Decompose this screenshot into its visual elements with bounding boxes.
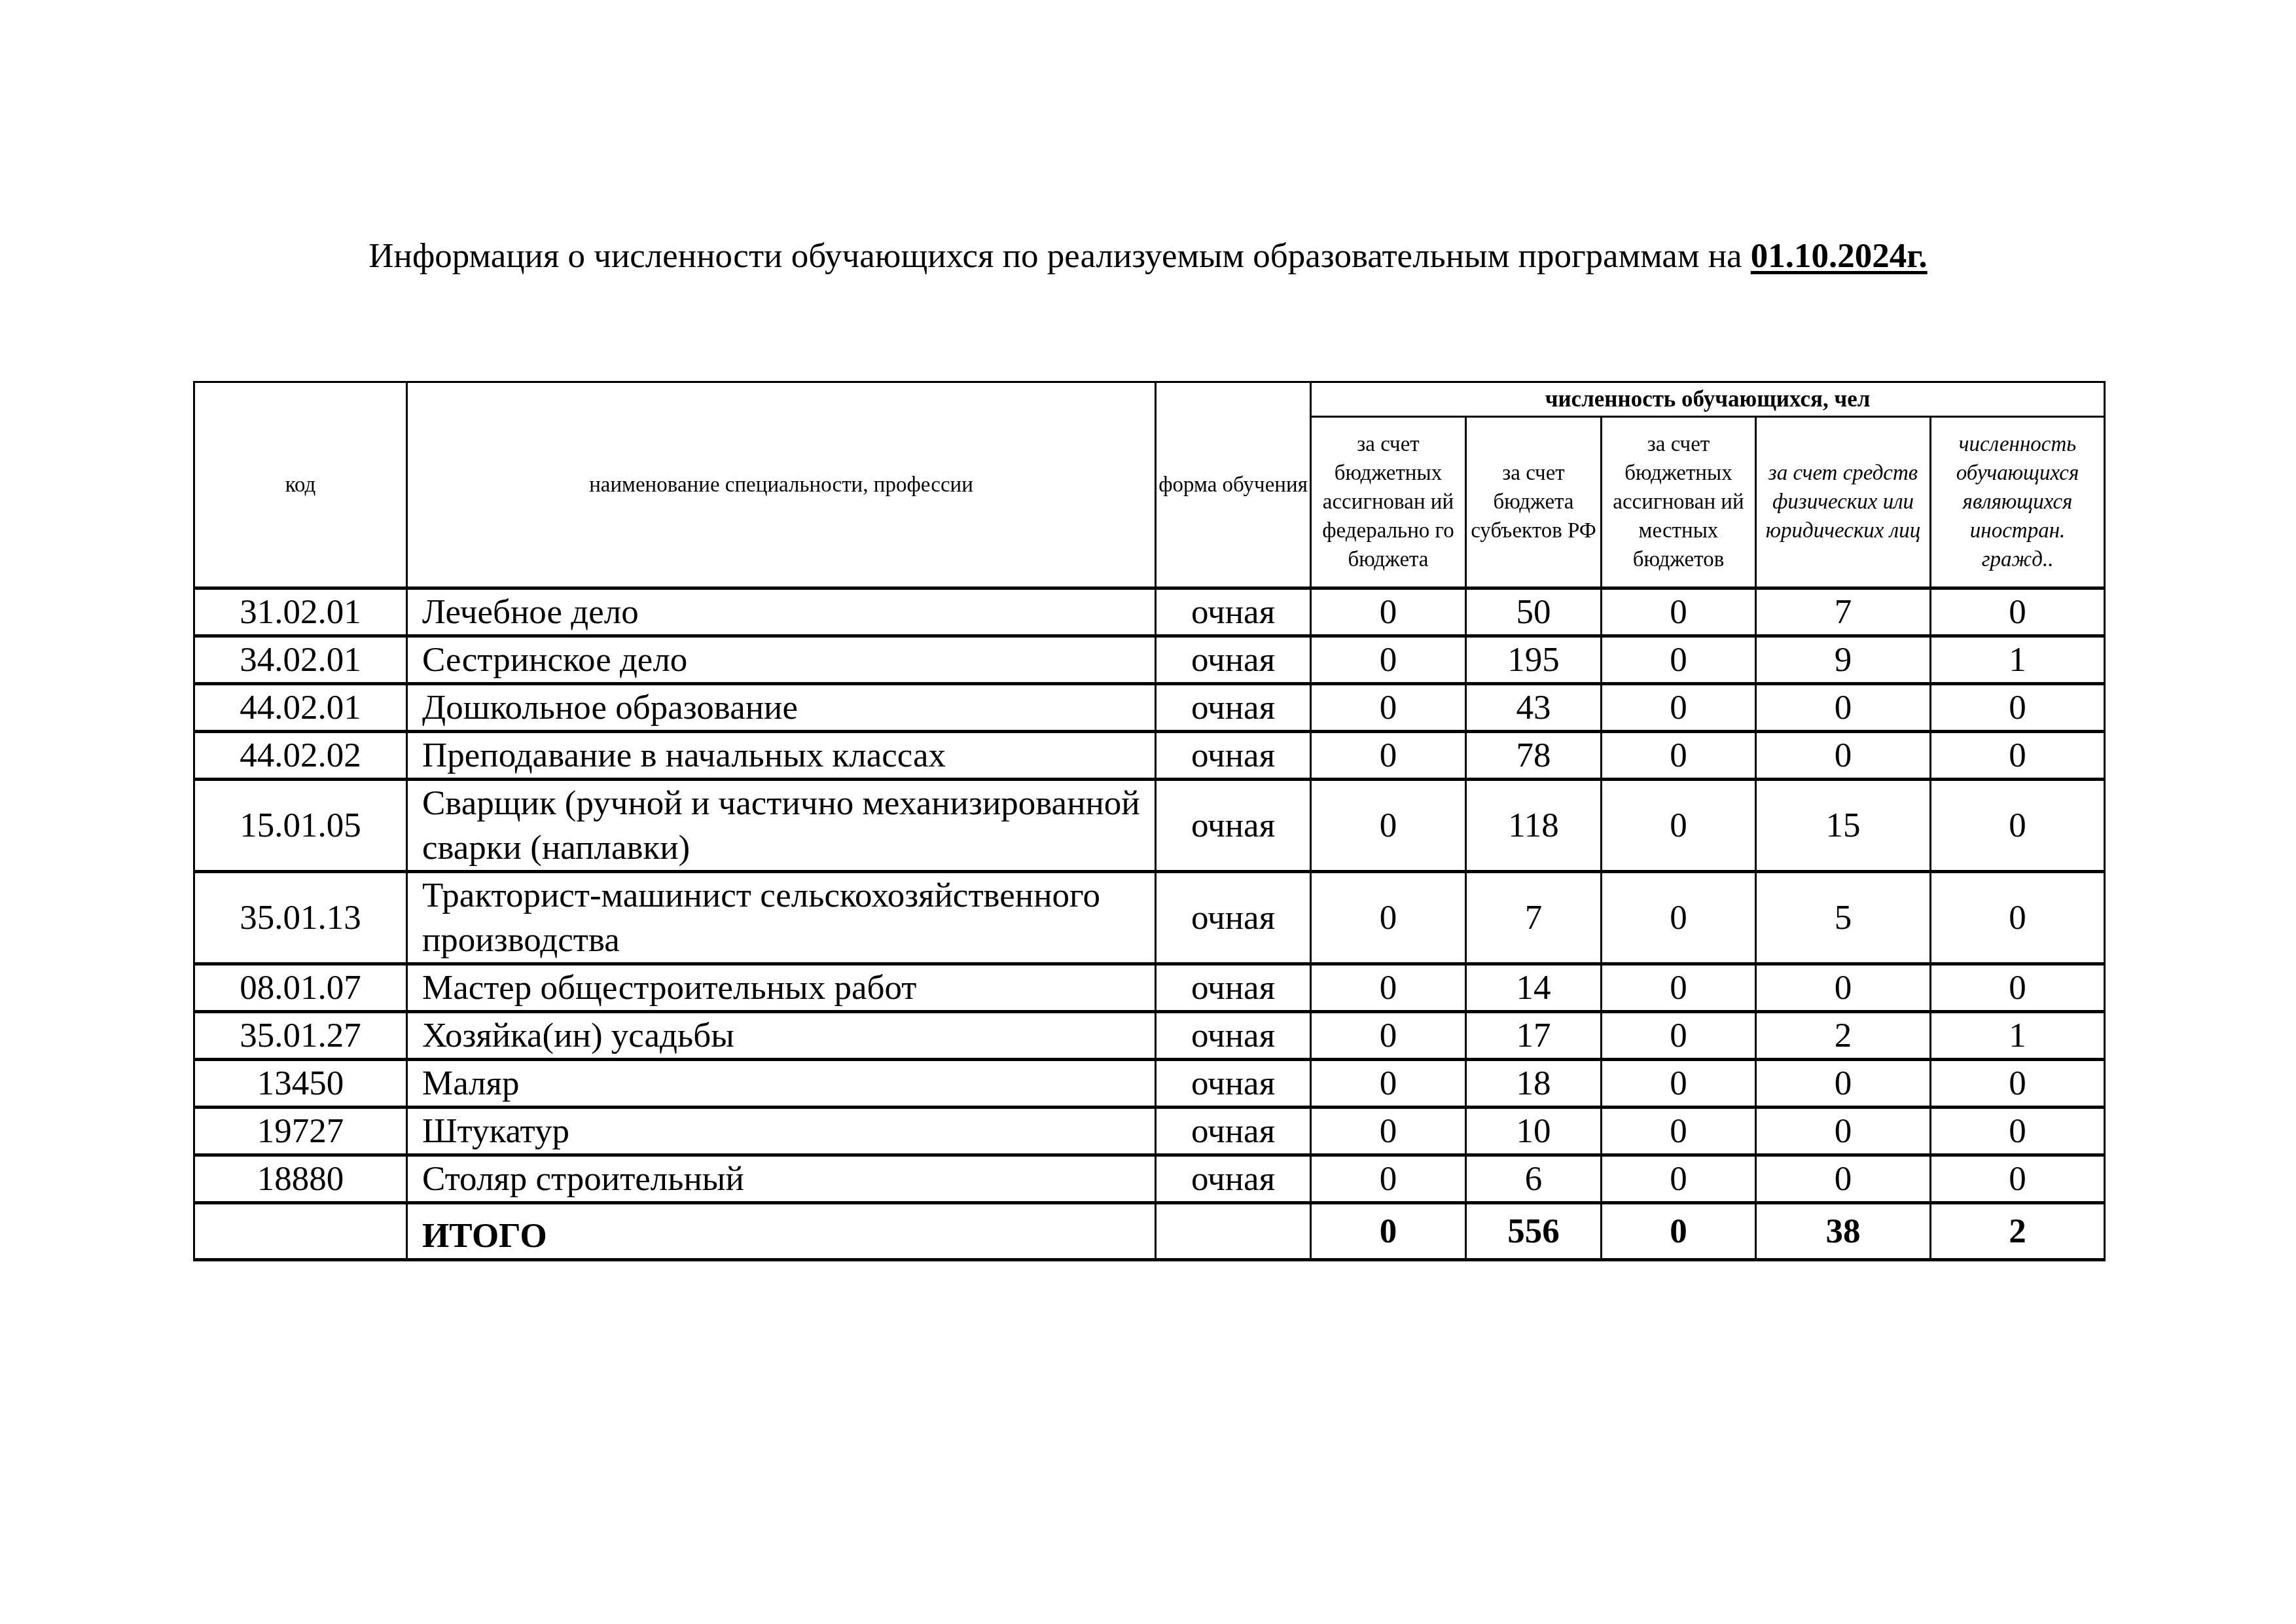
cell-regional: 43 <box>1466 684 1602 732</box>
cell-local: 0 <box>1602 1155 1756 1203</box>
cell-federal: 0 <box>1311 1155 1466 1203</box>
cell-form: очная <box>1156 1060 1311 1108</box>
header-name: наименование специальности, профессии <box>407 382 1156 588</box>
cell-name: Сестринское дело <box>407 636 1156 684</box>
total-form-cell <box>1156 1203 1311 1260</box>
cell-foreign: 0 <box>1931 684 2105 732</box>
cell-regional: 118 <box>1466 780 1602 872</box>
cell-local: 0 <box>1602 964 1756 1012</box>
cell-code: 19727 <box>194 1108 407 1155</box>
cell-code: 08.01.07 <box>194 964 407 1012</box>
cell-name: Дошкольное образование <box>407 684 1156 732</box>
cell-regional: 10 <box>1466 1108 1602 1155</box>
cell-regional: 50 <box>1466 588 1602 636</box>
cell-foreign: 0 <box>1931 964 2105 1012</box>
cell-form: очная <box>1156 636 1311 684</box>
cell-regional: 17 <box>1466 1012 1602 1060</box>
table-row: 18880Столяр строительныйочная06000 <box>194 1155 2105 1203</box>
table-row: 31.02.01Лечебное делоочная050070 <box>194 588 2105 636</box>
cell-regional: 7 <box>1466 872 1602 964</box>
cell-local: 0 <box>1602 1012 1756 1060</box>
cell-form: очная <box>1156 1108 1311 1155</box>
cell-paid: 0 <box>1756 1155 1931 1203</box>
cell-name: Лечебное дело <box>407 588 1156 636</box>
cell-federal: 0 <box>1311 732 1466 780</box>
cell-local: 0 <box>1602 684 1756 732</box>
cell-paid: 0 <box>1756 732 1931 780</box>
cell-federal: 0 <box>1311 684 1466 732</box>
cell-paid: 7 <box>1756 588 1931 636</box>
cell-federal: 0 <box>1311 964 1466 1012</box>
cell-foreign: 1 <box>1931 1012 2105 1060</box>
cell-federal: 0 <box>1311 872 1466 964</box>
cell-form: очная <box>1156 872 1311 964</box>
table-row: 35.01.27Хозяйка(ин) усадьбыочная017021 <box>194 1012 2105 1060</box>
cell-name: Преподавание в начальных классах <box>407 732 1156 780</box>
cell-code: 15.01.05 <box>194 780 407 872</box>
cell-code: 31.02.01 <box>194 588 407 636</box>
cell-form: очная <box>1156 1155 1311 1203</box>
header-foreign: численность обучающихся являющихся иност… <box>1931 417 2105 588</box>
cell-local: 0 <box>1602 780 1756 872</box>
table-row: 44.02.02Преподавание в начальных классах… <box>194 732 2105 780</box>
header-regional: за счет бюджета субъектов РФ <box>1466 417 1602 588</box>
cell-paid: 0 <box>1756 964 1931 1012</box>
cell-local: 0 <box>1602 588 1756 636</box>
title-text: Информация о численности обучающихся по … <box>368 237 1751 275</box>
cell-local: 0 <box>1602 1060 1756 1108</box>
cell-foreign: 0 <box>1931 1060 2105 1108</box>
cell-foreign: 0 <box>1931 588 2105 636</box>
cell-federal: 0 <box>1311 780 1466 872</box>
cell-form: очная <box>1156 588 1311 636</box>
total-code-cell <box>194 1203 407 1260</box>
cell-form: очная <box>1156 732 1311 780</box>
table-row: 34.02.01Сестринское делоочная0195091 <box>194 636 2105 684</box>
cell-form: очная <box>1156 1012 1311 1060</box>
cell-local: 0 <box>1602 1108 1756 1155</box>
cell-regional: 18 <box>1466 1060 1602 1108</box>
cell-name: Мастер общестроительных работ <box>407 964 1156 1012</box>
header-paid: за счет средств физических или юридическ… <box>1756 417 1931 588</box>
cell-paid: 5 <box>1756 872 1931 964</box>
cell-regional: 195 <box>1466 636 1602 684</box>
total-foreign: 2 <box>1931 1203 2105 1260</box>
cell-code: 35.01.13 <box>194 872 407 964</box>
cell-name: Штукатур <box>407 1108 1156 1155</box>
total-federal: 0 <box>1311 1203 1466 1260</box>
cell-regional: 6 <box>1466 1155 1602 1203</box>
cell-paid: 0 <box>1756 1060 1931 1108</box>
cell-name: Хозяйка(ин) усадьбы <box>407 1012 1156 1060</box>
cell-federal: 0 <box>1311 636 1466 684</box>
cell-paid: 15 <box>1756 780 1931 872</box>
total-paid: 38 <box>1756 1203 1931 1260</box>
cell-foreign: 1 <box>1931 636 2105 684</box>
title-date: 01.10.2024г. <box>1751 237 1928 275</box>
cell-code: 35.01.27 <box>194 1012 407 1060</box>
cell-regional: 78 <box>1466 732 1602 780</box>
cell-local: 0 <box>1602 872 1756 964</box>
cell-foreign: 0 <box>1931 732 2105 780</box>
table-row: 15.01.05Сварщик (ручной и частично механ… <box>194 780 2105 872</box>
cell-foreign: 0 <box>1931 1155 2105 1203</box>
cell-local: 0 <box>1602 732 1756 780</box>
cell-form: очная <box>1156 780 1311 872</box>
total-label: ИТОГО <box>407 1203 1156 1260</box>
cell-federal: 0 <box>1311 1012 1466 1060</box>
cell-foreign: 0 <box>1931 872 2105 964</box>
total-local: 0 <box>1602 1203 1756 1260</box>
table-row: 35.01.13Тракторист-машинист сельскохозяй… <box>194 872 2105 964</box>
header-federal: за счет бюджетных ассигнован ий федераль… <box>1311 417 1466 588</box>
cell-foreign: 0 <box>1931 1108 2105 1155</box>
cell-name: Маляр <box>407 1060 1156 1108</box>
total-regional: 556 <box>1466 1203 1602 1260</box>
students-table: код наименование специальности, професси… <box>193 381 2106 1261</box>
cell-code: 18880 <box>194 1155 407 1203</box>
cell-foreign: 0 <box>1931 780 2105 872</box>
cell-regional: 14 <box>1466 964 1602 1012</box>
cell-paid: 0 <box>1756 1108 1931 1155</box>
cell-federal: 0 <box>1311 1060 1466 1108</box>
cell-federal: 0 <box>1311 588 1466 636</box>
cell-form: очная <box>1156 684 1311 732</box>
cell-paid: 2 <box>1756 1012 1931 1060</box>
cell-code: 44.02.02 <box>194 732 407 780</box>
cell-name: Сварщик (ручной и частично механизирован… <box>407 780 1156 872</box>
cell-paid: 0 <box>1756 684 1931 732</box>
header-form: форма обучения <box>1156 382 1311 588</box>
cell-local: 0 <box>1602 636 1756 684</box>
table-row: 44.02.01Дошкольное образованиеочная04300… <box>194 684 2105 732</box>
header-code: код <box>194 382 407 588</box>
table-row: 13450Малярочная018000 <box>194 1060 2105 1108</box>
table-row: 08.01.07Мастер общестроительных работочн… <box>194 964 2105 1012</box>
cell-paid: 9 <box>1756 636 1931 684</box>
document-title: Информация о численности обучающихся по … <box>0 233 2296 279</box>
cell-form: очная <box>1156 964 1311 1012</box>
header-group: численность обучающихся, чел <box>1311 382 2105 417</box>
cell-federal: 0 <box>1311 1108 1466 1155</box>
table-row: 19727Штукатурочная010000 <box>194 1108 2105 1155</box>
cell-name: Столяр строительный <box>407 1155 1156 1203</box>
cell-code: 13450 <box>194 1060 407 1108</box>
cell-code: 34.02.01 <box>194 636 407 684</box>
total-row: ИТОГО05560382 <box>194 1203 2105 1260</box>
header-local: за счет бюджетных ассигнован ий местных … <box>1602 417 1756 588</box>
cell-name: Тракторист-машинист сельскохозяйственног… <box>407 872 1156 964</box>
cell-code: 44.02.01 <box>194 684 407 732</box>
